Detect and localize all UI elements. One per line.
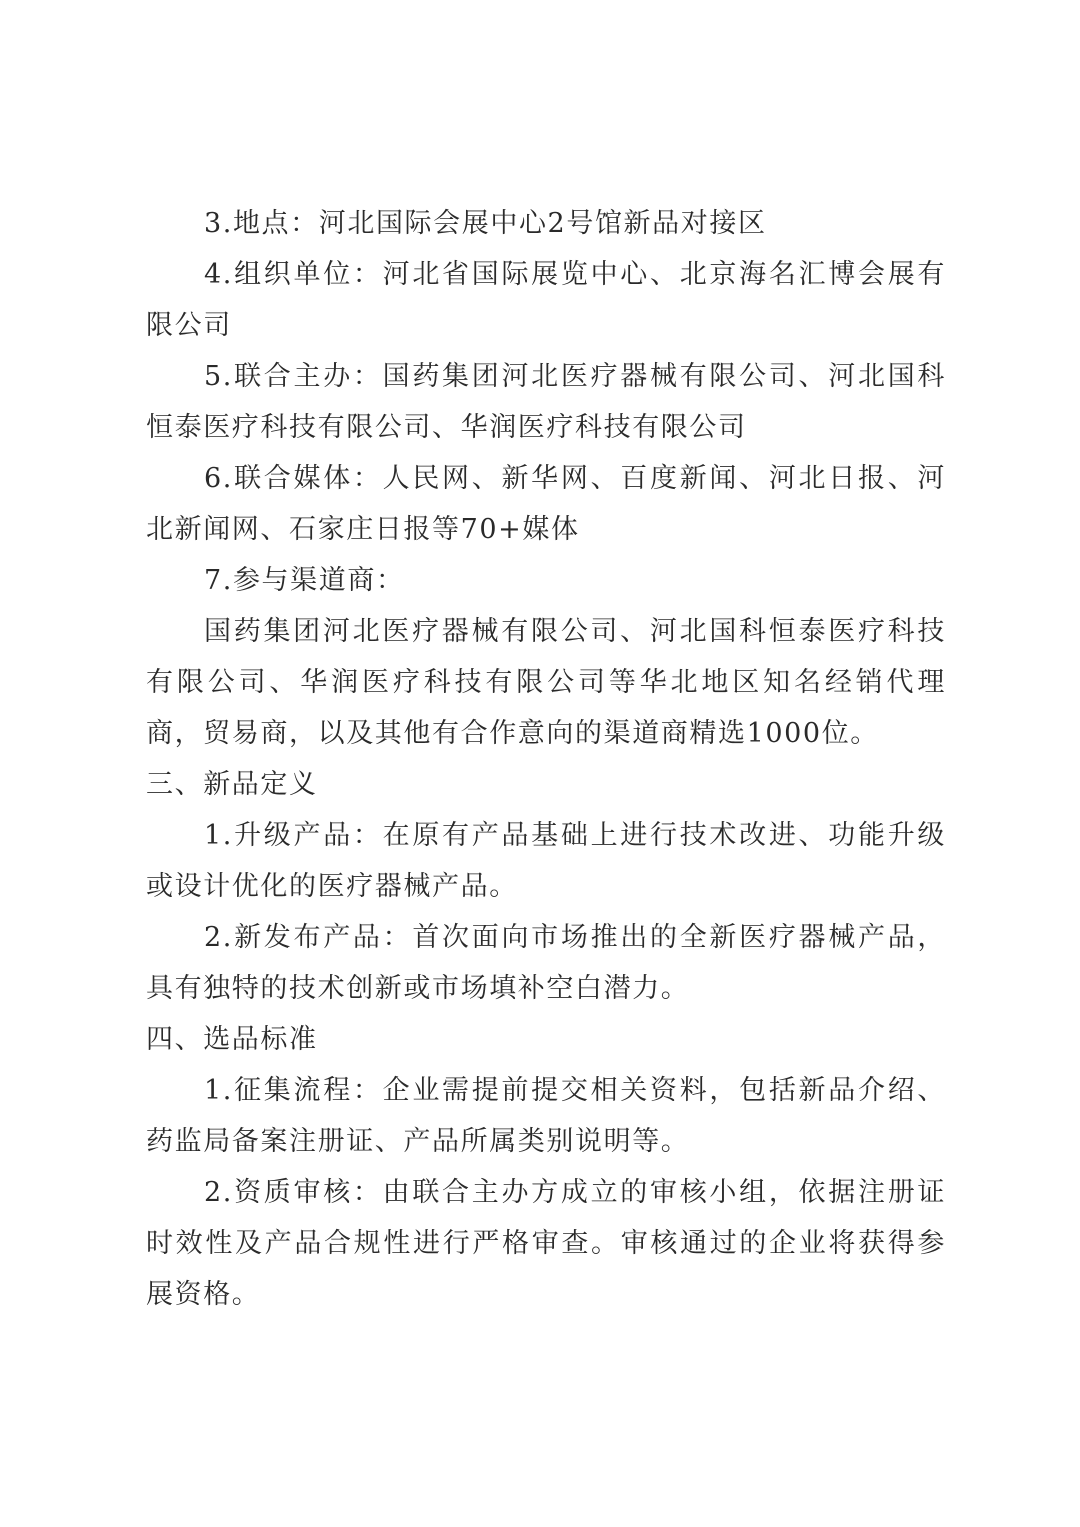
section-heading-new-product-definition: 三、新品定义 bbox=[146, 759, 946, 810]
new-release-product-item: 2.新发布产品：首次面向市场推出的全新医疗器械产品，具有独特的技术创新或市场填补… bbox=[146, 912, 946, 1014]
document-page: 3.地点：河北国际会展中心2号馆新品对接区 4.组织单位：河北省国际展览中心、北… bbox=[146, 198, 946, 1320]
qualification-review-item: 2.资质审核：由联合主办方成立的审核小组，依据注册证时效性及产品合规性进行严格审… bbox=[146, 1167, 946, 1320]
organizer-item: 4.组织单位：河北省国际展览中心、北京海名汇博会展有限公司 bbox=[146, 249, 946, 351]
collection-process-item: 1.征集流程：企业需提前提交相关资料，包括新品介绍、药监局备案注册证、产品所属类… bbox=[146, 1065, 946, 1167]
upgraded-product-item: 1.升级产品：在原有产品基础上进行技术改进、功能升级或设计优化的医疗器械产品。 bbox=[146, 810, 946, 912]
media-partners-item: 6.联合媒体：人民网、新华网、百度新闻、河北日报、河北新闻网、石家庄日报等70+… bbox=[146, 453, 946, 555]
channel-partners-label: 7.参与渠道商： bbox=[146, 555, 946, 606]
section-heading-selection-criteria: 四、选品标准 bbox=[146, 1014, 946, 1065]
venue-item: 3.地点：河北国际会展中心2号馆新品对接区 bbox=[146, 198, 946, 249]
co-host-item: 5.联合主办：国药集团河北医疗器械有限公司、河北国科恒泰医疗科技有限公司、华润医… bbox=[146, 351, 946, 453]
channel-partners-description: 国药集团河北医疗器械有限公司、河北国科恒泰医疗科技有限公司、华润医疗科技有限公司… bbox=[146, 606, 946, 759]
